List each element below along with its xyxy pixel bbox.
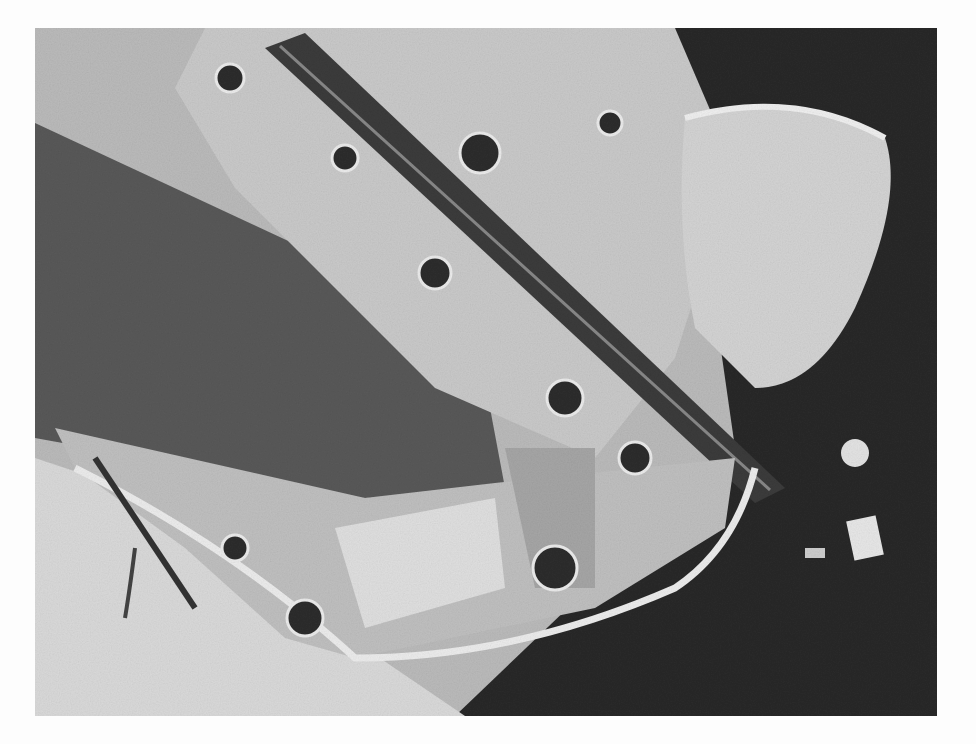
- mechanical-assembly-photo: [35, 28, 937, 716]
